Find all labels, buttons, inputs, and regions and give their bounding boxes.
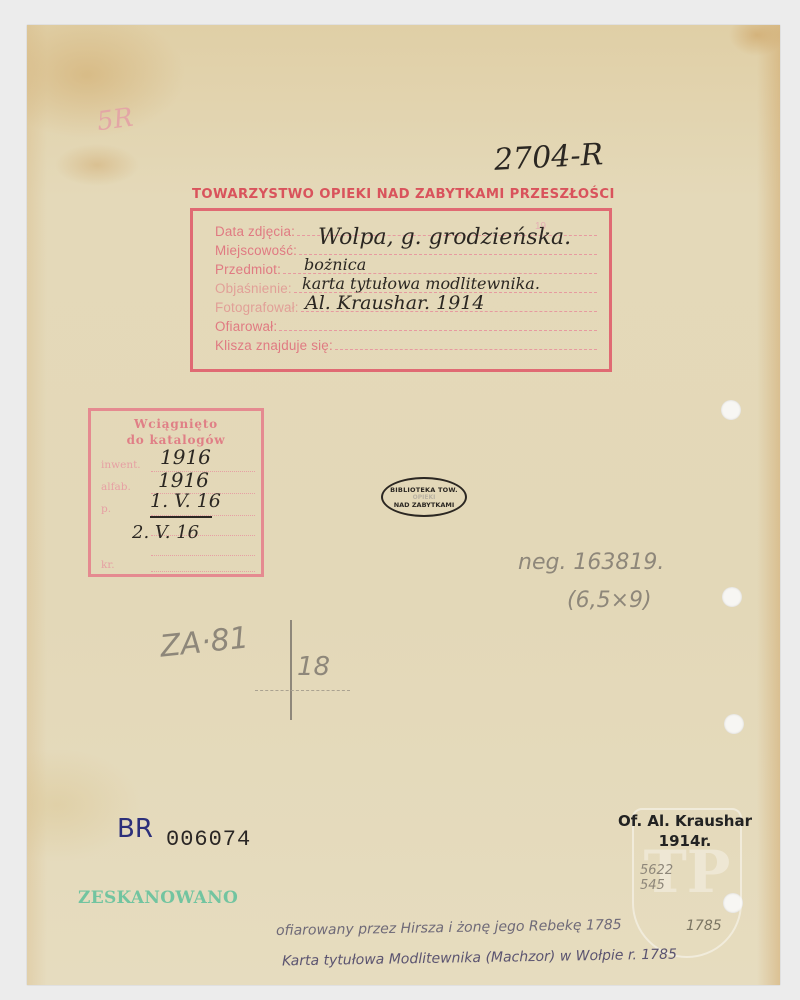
catalog-entry-p: 1. V. 16 bbox=[150, 490, 221, 512]
library-stamp-line2: OPIEKI bbox=[413, 494, 436, 501]
field-negative-location: Klisza znajduje się: bbox=[215, 335, 597, 353]
inventory-prefix: BR bbox=[117, 814, 153, 844]
catalog-entry-final: 2. V. 16 bbox=[132, 522, 199, 543]
pencil-number: 5622 bbox=[640, 863, 673, 878]
field-label: Fotografował: bbox=[215, 300, 299, 315]
punch-hole bbox=[722, 587, 742, 607]
society-stamp-title: TOWARZYSTWO OPIEKI NAD ZABYTKAMI PRZESZŁ… bbox=[192, 187, 615, 202]
punch-hole bbox=[721, 400, 741, 420]
inventory-number: 006074 bbox=[166, 827, 251, 852]
catalog-entry-alphabetical: 1916 bbox=[158, 468, 209, 492]
pencil-number: 545 bbox=[640, 878, 665, 893]
top-left-pencil-mark: 5R bbox=[95, 103, 135, 138]
catalog-entry-inventory: 1916 bbox=[160, 445, 211, 469]
catalog-label: p. bbox=[101, 503, 111, 515]
bottom-note-margin: 1785 bbox=[686, 918, 722, 934]
value-place: Wolpa, g. grodzieńska. bbox=[318, 225, 571, 250]
scanned-stamp: ZESKANOWANO bbox=[78, 888, 238, 908]
field-label: Ofiarował: bbox=[215, 319, 277, 334]
shelf-mark-divider bbox=[290, 620, 292, 720]
library-stamp-line1: BIBLIOTEKA TOW. bbox=[390, 486, 458, 494]
value-description: karta tytułowa modlitewnika. bbox=[302, 274, 540, 293]
donor-print-name: Of. Al. Kraushar bbox=[600, 812, 770, 830]
field-label: Przedmiot: bbox=[215, 262, 281, 277]
field-label: Miejscowość: bbox=[215, 243, 297, 258]
value-donor: Al. Kraushar. 1914 bbox=[305, 292, 484, 314]
catalog-label: alfab. bbox=[101, 481, 131, 493]
value-object: bożnica bbox=[304, 255, 366, 274]
negative-number: neg. 163819. bbox=[518, 550, 664, 575]
catalog-label: kr. bbox=[101, 559, 115, 571]
shelf-mark-right: 18 bbox=[297, 652, 330, 682]
catalog-stamp-title: Wciągnięto bbox=[91, 417, 261, 431]
library-stamp: BIBLIOTEKA TOW. OPIEKI NAD ZABYTKAMI bbox=[381, 477, 467, 517]
field-label: Klisza znajduje się: bbox=[215, 338, 333, 353]
shelf-mark-baseline bbox=[255, 690, 350, 691]
donor-print-year: 1914r. bbox=[600, 832, 770, 850]
catalog-label: inwent. bbox=[101, 459, 141, 471]
negative-size: (6,5×9) bbox=[567, 588, 652, 613]
field-label: Data zdjęcia: bbox=[215, 224, 295, 239]
catalog-number: 2704-R bbox=[493, 137, 604, 178]
library-stamp-line3: NAD ZABYTKAMI bbox=[394, 501, 455, 509]
catalog-underline bbox=[150, 516, 212, 518]
punch-hole bbox=[724, 714, 744, 734]
field-donor: Ofiarował: bbox=[215, 316, 597, 334]
field-label: Objaśnienie: bbox=[215, 281, 292, 296]
